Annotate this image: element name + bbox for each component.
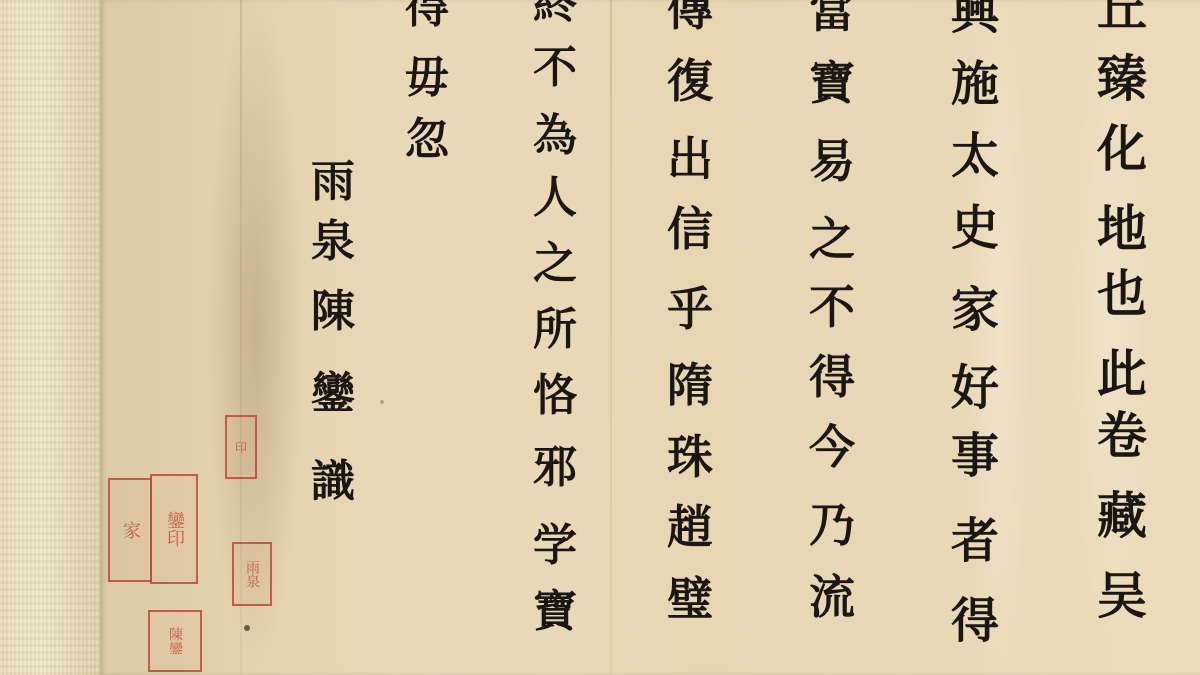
character: 丘 bbox=[1097, 0, 1147, 54]
character: 復 bbox=[667, 58, 713, 136]
character: 太 bbox=[951, 132, 999, 204]
character: 之 bbox=[809, 216, 855, 284]
character: 好 bbox=[951, 364, 999, 432]
character: 得 bbox=[951, 597, 999, 667]
paper-fold bbox=[610, 0, 612, 675]
character: 當 bbox=[809, 0, 855, 60]
character: 興 bbox=[951, 0, 999, 60]
character: 邪 bbox=[533, 446, 577, 524]
character: 雨 bbox=[311, 160, 355, 220]
calligraphy-column-3: 當 寶 易 之 不 得 今 乃 流 bbox=[792, 0, 872, 644]
character: 流 bbox=[809, 574, 855, 644]
character: 終 bbox=[533, 0, 577, 46]
character: 為 bbox=[533, 114, 577, 176]
character: 家 bbox=[951, 286, 999, 364]
character: 也 bbox=[1097, 269, 1147, 349]
character: 忽 bbox=[405, 118, 449, 180]
character: 不 bbox=[533, 46, 577, 114]
seal-stamp-large-square: 鑾印 bbox=[150, 474, 198, 584]
character: 之 bbox=[533, 242, 577, 308]
seal-stamp-small-right: 雨泉 bbox=[232, 542, 272, 606]
calligraphy-column-5: 終 不 為 人 之 所 恪 邪 学 寶 bbox=[515, 0, 595, 650]
character: 吴 bbox=[1097, 571, 1147, 641]
signature-column: 雨 泉 陳 鑾 識 bbox=[298, 160, 368, 530]
character: 易 bbox=[809, 138, 855, 216]
ink-spot bbox=[380, 400, 384, 404]
character: 事 bbox=[951, 432, 999, 517]
character: 信 bbox=[667, 206, 713, 286]
character: 人 bbox=[533, 176, 577, 242]
character: 恪 bbox=[533, 374, 577, 446]
character: 出 bbox=[667, 136, 713, 206]
character: 施 bbox=[951, 60, 999, 132]
calligraphy-column-4: 傳 復 出 信 乎 隋 珠 趙 璧 bbox=[650, 0, 730, 646]
character: 陳 bbox=[311, 290, 355, 372]
character: 識 bbox=[311, 460, 355, 530]
character: 卷 bbox=[1097, 411, 1147, 491]
character: 乎 bbox=[667, 286, 713, 362]
character: 趙 bbox=[667, 504, 713, 576]
calligraphy-column-6: 得 毋 忽 bbox=[392, 0, 462, 180]
calligraphy-column-2: 興 施 太 史 家 好 事 者 得 bbox=[935, 0, 1015, 667]
character: 寶 bbox=[809, 60, 855, 138]
seal-stamp-large-left: 家 bbox=[108, 478, 152, 582]
character: 藏 bbox=[1097, 491, 1147, 571]
calligraphy-column-1: 丘 臻 化 地 也 此 卷 藏 吴 bbox=[1082, 0, 1162, 641]
character: 今 bbox=[809, 424, 855, 502]
character: 傳 bbox=[667, 0, 713, 58]
character: 鑾 bbox=[311, 372, 355, 460]
character: 者 bbox=[951, 517, 999, 597]
character: 所 bbox=[533, 308, 577, 374]
character: 此 bbox=[1097, 349, 1147, 411]
ink-spot bbox=[244, 625, 250, 631]
character: 史 bbox=[951, 204, 999, 286]
silk-mount-border bbox=[0, 0, 102, 675]
seal-stamp-bottom: 陳鑾 bbox=[148, 610, 202, 672]
character: 得 bbox=[405, 0, 449, 56]
character: 璧 bbox=[667, 576, 713, 646]
character: 寶 bbox=[533, 590, 577, 650]
character: 毋 bbox=[405, 56, 449, 118]
character: 不 bbox=[809, 284, 855, 354]
character: 臻 bbox=[1097, 54, 1147, 124]
character: 地 bbox=[1097, 204, 1147, 269]
character: 珠 bbox=[667, 434, 713, 504]
character: 隋 bbox=[667, 362, 713, 434]
seal-stamp-small-top: 印 bbox=[225, 415, 257, 479]
character: 学 bbox=[533, 524, 577, 590]
character: 乃 bbox=[809, 502, 855, 574]
character: 化 bbox=[1097, 124, 1147, 204]
character: 泉 bbox=[311, 220, 355, 290]
character: 得 bbox=[809, 354, 855, 424]
